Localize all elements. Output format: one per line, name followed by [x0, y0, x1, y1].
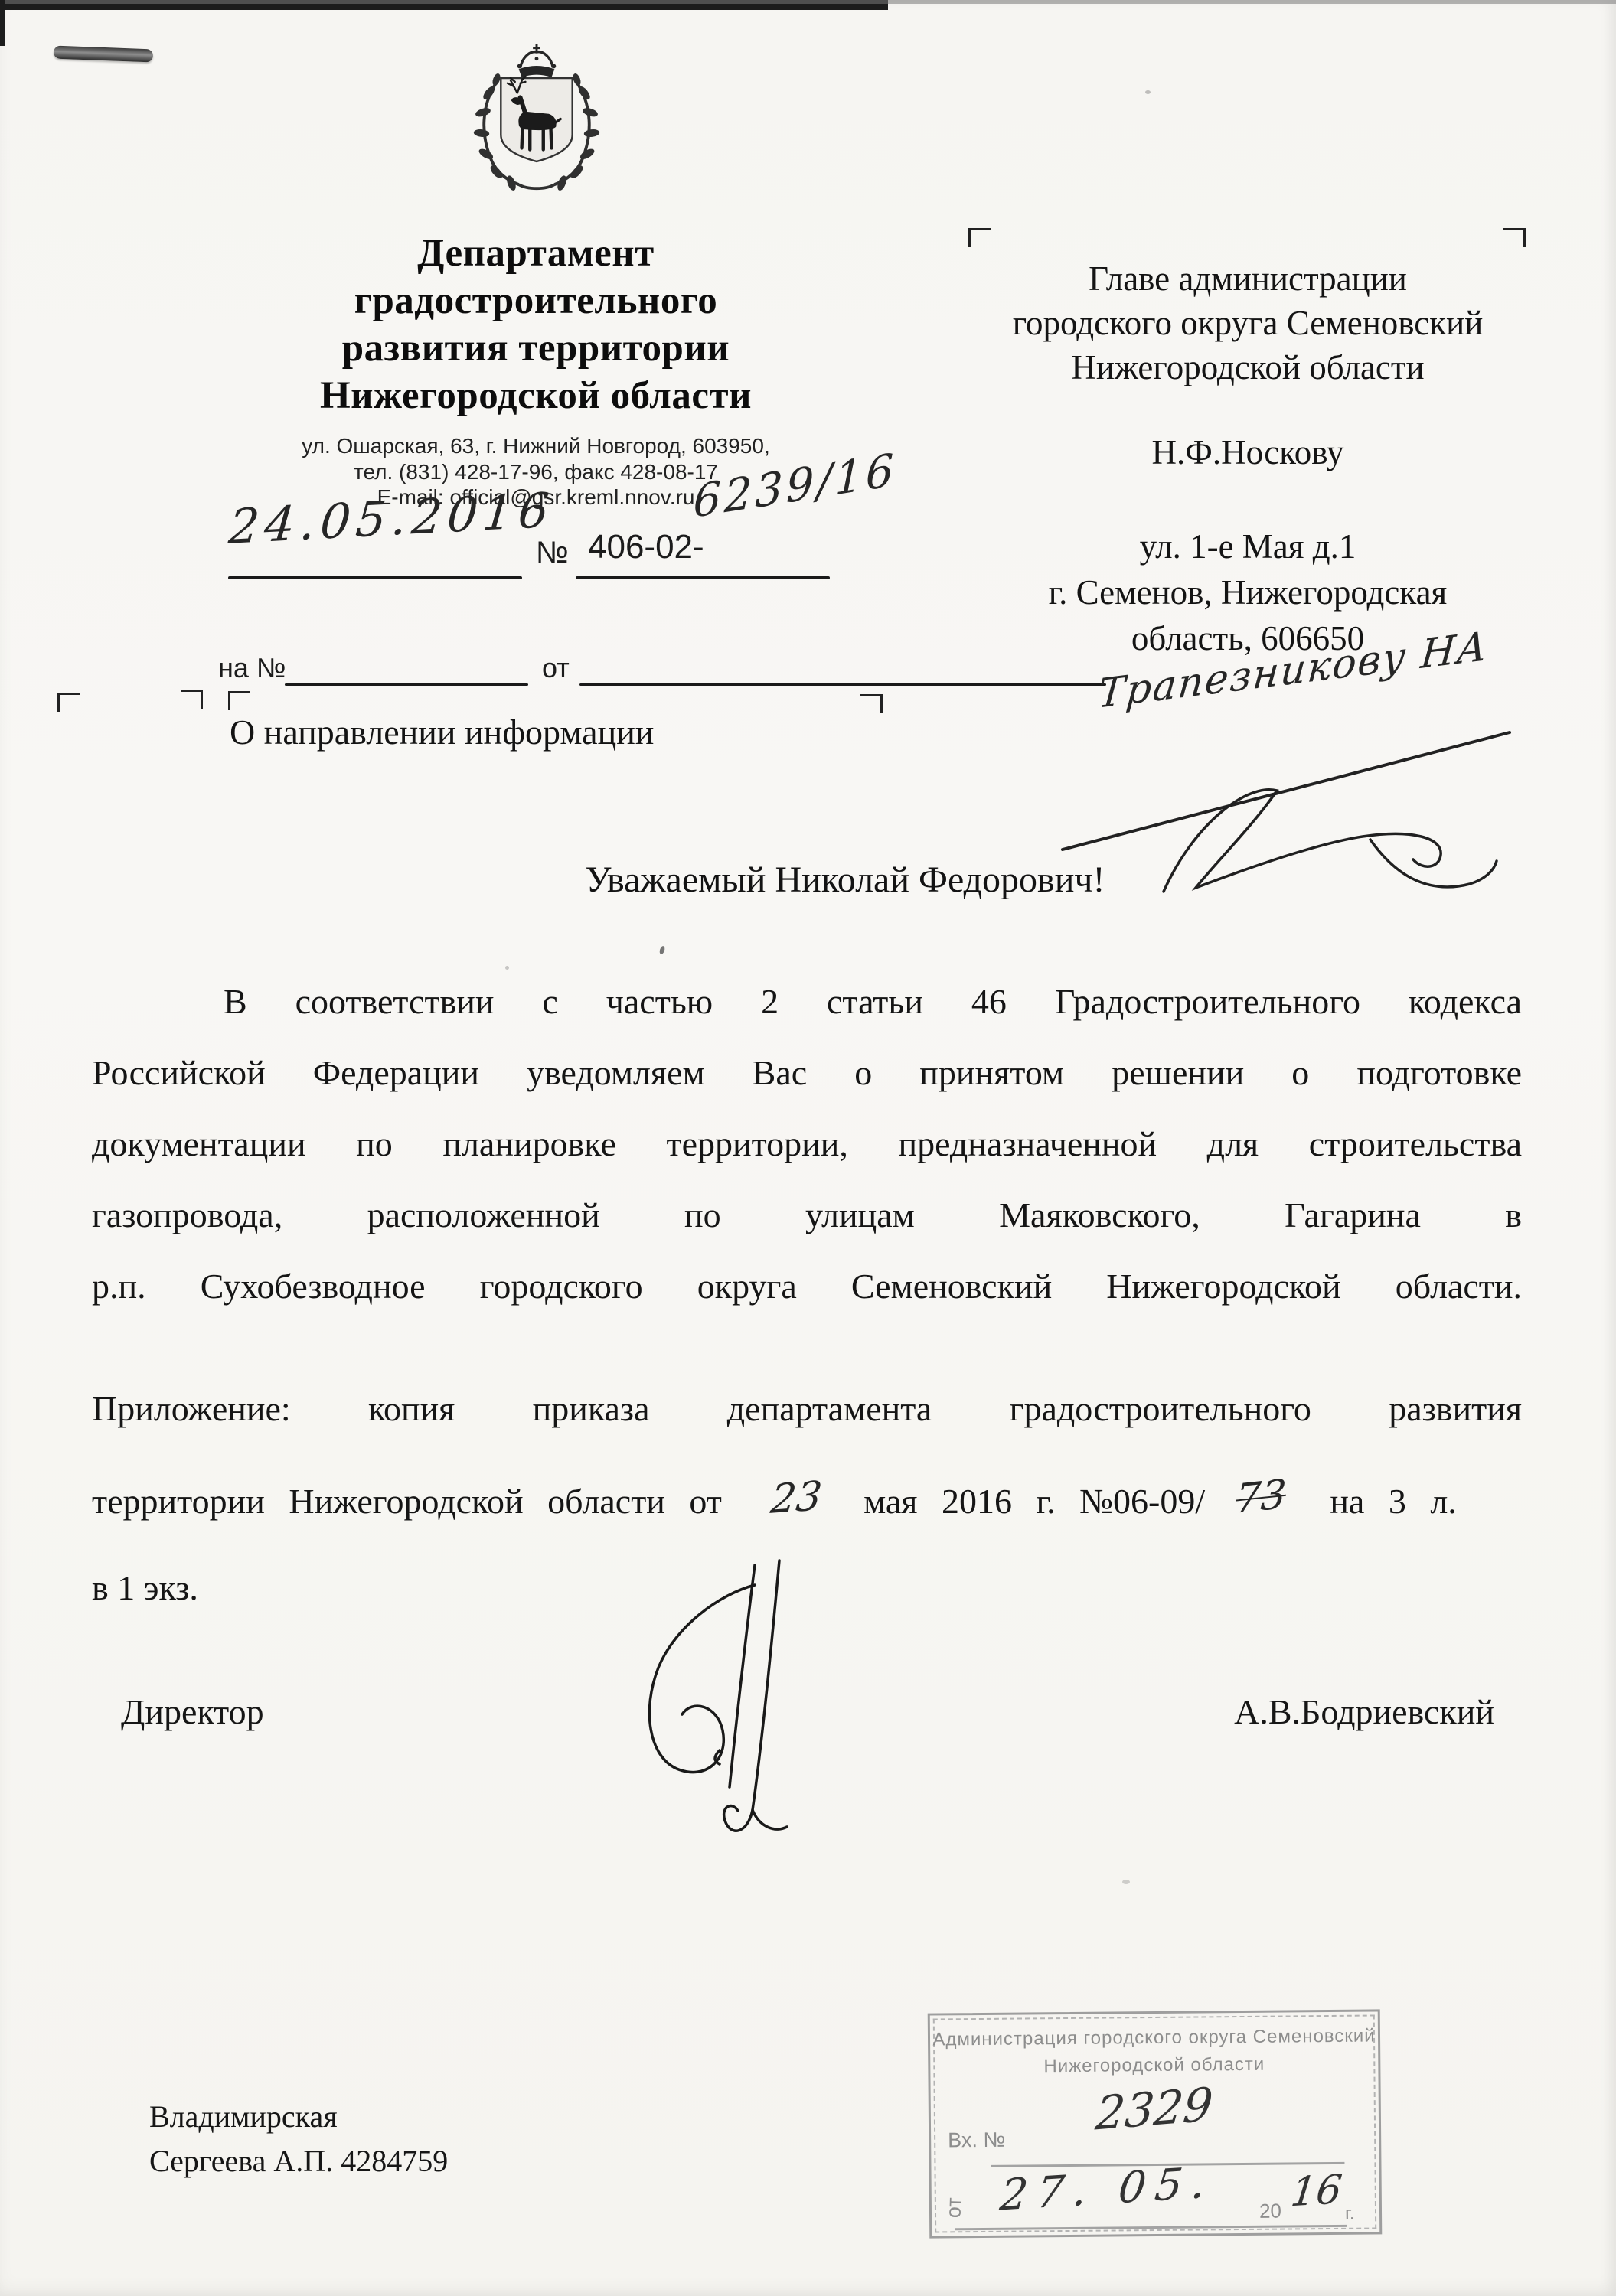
attachment-line-with-handwriting: территории Нижегородской области от 23 м… — [92, 1477, 1457, 1523]
stamp-date-label: от — [942, 2197, 967, 2219]
body-line: В соответствии с частью 2 статьи 46 Град… — [92, 980, 1522, 1024]
corner-mark — [1503, 228, 1526, 247]
director-signature — [605, 1557, 880, 1841]
org-name-line: Департамент — [191, 230, 880, 277]
scanned-letter-page: Департамент градостроительного развития … — [0, 0, 1616, 2296]
staple-mark — [54, 46, 154, 63]
attachment-number-handwritten: 73 — [1234, 1471, 1288, 1523]
signer-name: А.В.Бодриевский — [1179, 1691, 1494, 1732]
number-underline — [576, 576, 830, 579]
stamp-incoming-number-handwritten: 2329 — [1093, 2078, 1215, 2141]
stamp-org-line: Администрация городского округа Семеновс… — [930, 2025, 1378, 2050]
body-line: газопровода, расположенной по улицам Мая… — [92, 1193, 1522, 1238]
org-address-line: ул. Ошарская, 63, г. Нижний Новгород, 60… — [191, 433, 880, 459]
stamp-incoming-label: Вх. № — [948, 2128, 1005, 2153]
incoming-registration-stamp: Администрация городского округа Семеновс… — [928, 2009, 1383, 2238]
attachment-text-mid: мая 2016 г. №06-09/ — [863, 1482, 1205, 1521]
scan-speck — [1122, 1880, 1130, 1884]
corner-mark — [968, 228, 991, 247]
corner-mark — [228, 691, 250, 710]
reply-date-label: от — [542, 652, 570, 684]
org-name-line: Нижегородской области — [191, 372, 880, 419]
attachment-text-pre: территории Нижегородской области от — [92, 1482, 722, 1521]
recipient-org-line: городского округа Семеновский — [972, 303, 1523, 343]
attachment-text-post: на 3 л. — [1330, 1482, 1457, 1521]
signer-title: Директор — [121, 1691, 264, 1732]
scan-edge-artifact-thin — [0, 0, 1616, 4]
stamp-org-line: Нижегородской области — [930, 2053, 1378, 2078]
stamp-year-suffix: г. — [1345, 2203, 1355, 2225]
corner-mark — [860, 694, 883, 713]
org-name-line: градостроительного — [191, 277, 880, 325]
number-label: № — [536, 536, 569, 570]
body-line: документации по планировке территории, п… — [92, 1122, 1522, 1166]
executor-line: Сергеева А.П. 4284759 — [149, 2143, 448, 2179]
recipient-org-line: Главе администрации — [972, 259, 1523, 298]
reply-number-underline — [285, 683, 528, 686]
body-line: р.п. Сухобезводное городского округа Сем… — [92, 1264, 1522, 1309]
corner-mark — [57, 693, 80, 712]
org-name-line: развития территории — [191, 325, 880, 372]
executor-line: Владимирская — [149, 2099, 338, 2135]
body-line: Российской Федерации уведомляем Вас о пр… — [92, 1051, 1522, 1095]
date-underline — [228, 576, 522, 579]
scan-speck — [1145, 90, 1151, 94]
reply-number-label: на № — [218, 652, 286, 684]
scan-speck — [658, 945, 665, 954]
corner-mark — [181, 690, 203, 709]
resolution-signature — [1141, 769, 1508, 938]
stamp-year-prefix: 20 — [1259, 2200, 1281, 2223]
recipient-address-line: г. Семенов, Нижегородская — [972, 572, 1523, 612]
recipient-person: Н.Ф.Носкову — [972, 432, 1523, 472]
outgoing-number-prefix: 406-02- — [588, 528, 704, 566]
reply-date-underline — [579, 683, 1106, 686]
nizhny-novgorod-coat-of-arms-icon — [455, 43, 619, 223]
scan-edge-artifact-left — [0, 0, 5, 46]
attachment-line: Приложение: копия приказа департамента г… — [92, 1387, 1522, 1431]
attachment-day-handwritten: 23 — [769, 1473, 824, 1523]
stamp-rule — [955, 2225, 1347, 2230]
recipient-org-line: Нижегородской области — [972, 347, 1523, 387]
stamp-year-handwritten: 16 — [1288, 2167, 1344, 2216]
attachment-copies-line: в 1 экз. — [92, 1567, 198, 1608]
recipient-address-line: ул. 1-е Мая д.1 — [972, 527, 1523, 566]
salutation: Уважаемый Николай Федорович! — [168, 859, 1522, 901]
subject-line: О направлении информации — [230, 712, 654, 752]
stamp-date-handwritten: 27. 05. — [997, 2157, 1217, 2221]
scan-speck — [505, 966, 509, 970]
